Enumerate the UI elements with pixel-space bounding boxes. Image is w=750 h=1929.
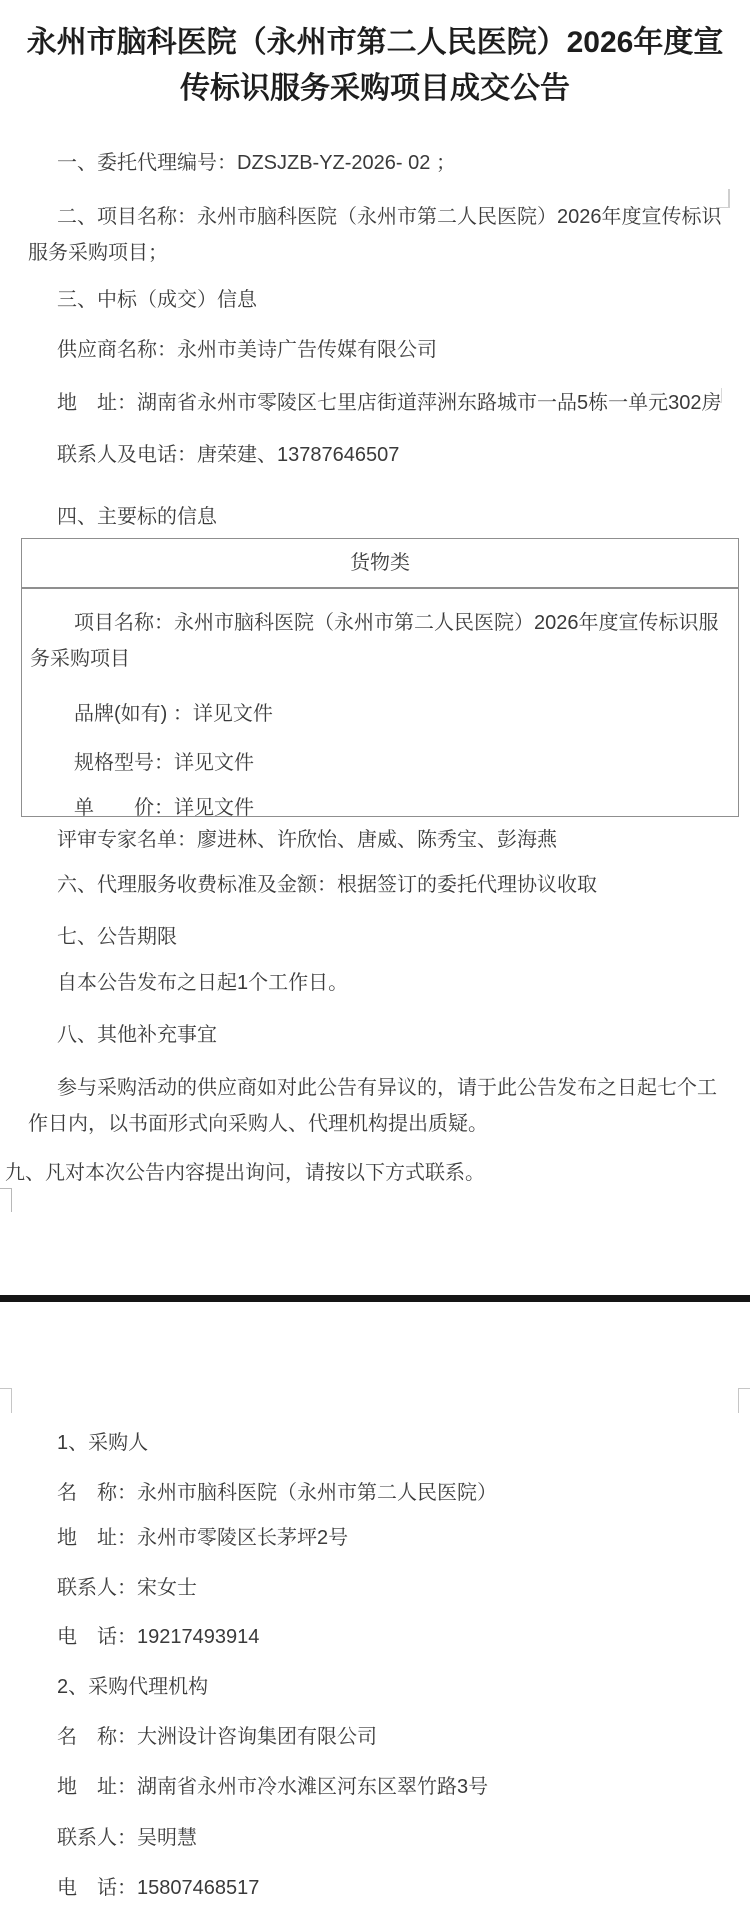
contact-purchaser-person: 联系人：宋女士 [0, 1570, 750, 1606]
para-award-info-heading: 三、中标（成交）信息 [0, 282, 750, 318]
page-title: 永州市脑科医院（永州市第二人民医院）2026年度宣传标识服务采购项目成交公告 [0, 20, 750, 112]
right-edge-text-fragment [712, 388, 722, 403]
contact-purchaser-address: 地 址：永州市零陵区长茅坪2号 [0, 1520, 750, 1556]
contact-agency-phone: 电 话：15807468517 [0, 1870, 750, 1906]
table-row-brand: 品牌(如有) ：详见文件 [30, 696, 732, 732]
goods-table: 货物类 项目名称：永州市脑科医院（永州市第二人民医院）2026年度宣传标识服务采… [21, 538, 739, 817]
right-corner-bracket-artifact [738, 1388, 750, 1413]
para-supplier-name: 供应商名称：永州市美诗广告传媒有限公司 [0, 332, 750, 368]
announcement-document: 永州市脑科医院（永州市第二人民医院）2026年度宣传标识服务采购项目成交公告 一… [0, 0, 750, 1929]
left-edge-bracket-artifact [0, 1188, 12, 1212]
para-announcement-period: 自本公告发布之日起1个工作日。 [0, 965, 750, 1001]
contact-agency-name: 名 称：大洲设计咨询集团有限公司 [0, 1719, 750, 1755]
contact-purchaser-heading: 1、采购人 [0, 1425, 750, 1461]
table-row-spec-model: 规格型号：详见文件 [30, 745, 732, 781]
para-project-name: 二、项目名称：永州市脑科医院（永州市第二人民医院）2026年度宣传标识服务采购项… [0, 199, 750, 271]
contact-agency-heading: 2、采购代理机构 [0, 1669, 750, 1705]
para-supplier-address: 地 址：湖南省永州市零陵区七里店街道萍洲东路城市一品5栋一单元302房 [0, 385, 750, 421]
para-announcement-period-heading: 七、公告期限 [0, 919, 750, 955]
left-corner-bracket-artifact [0, 1388, 12, 1413]
section-divider-bar [0, 1295, 750, 1302]
para-entrust-agency-code: 一、委托代理编号：DZSJZB-YZ-2026- 02 ； [0, 145, 750, 181]
para-inquiry-contact-intro: 九、凡对本次公告内容提出询问，请按以下方式联系。 [0, 1155, 750, 1191]
para-objection-notice: 参与采购活动的供应商如对此公告有异议的，请于此公告发布之日起七个工作日内，以书面… [0, 1070, 750, 1142]
para-expert-list: 评审专家名单：廖进林、许欣怡、唐威、陈秀宝、彭海燕 [0, 822, 750, 858]
para-subject-info-heading: 四、主要标的信息 [0, 499, 750, 535]
contact-purchaser-name: 名 称：永州市脑科医院（永州市第二人民医院） [0, 1475, 750, 1511]
para-agency-fee: 六、代理服务收费标准及金额：根据签订的委托代理协议收取 [0, 867, 750, 903]
table-row-project-name: 项目名称：永州市脑科医院（永州市第二人民医院）2026年度宣传标识服务采购项目 [30, 605, 732, 677]
goods-table-header: 货物类 [22, 539, 738, 589]
contact-agency-person: 联系人：吴明慧 [0, 1820, 750, 1856]
para-supplier-contact-phone: 联系人及电话：唐荣建、13787646507 [0, 437, 750, 473]
contact-agency-address: 地 址：湖南省永州市冷水滩区河东区翠竹路3号 [0, 1769, 750, 1805]
right-edge-text-fragment [716, 189, 730, 208]
para-other-matters-heading: 八、其他补充事宜 [0, 1017, 750, 1053]
contact-purchaser-phone: 电 话：19217493914 [0, 1619, 750, 1655]
table-row-unit-price: 单 价：详见文件 [30, 790, 732, 826]
